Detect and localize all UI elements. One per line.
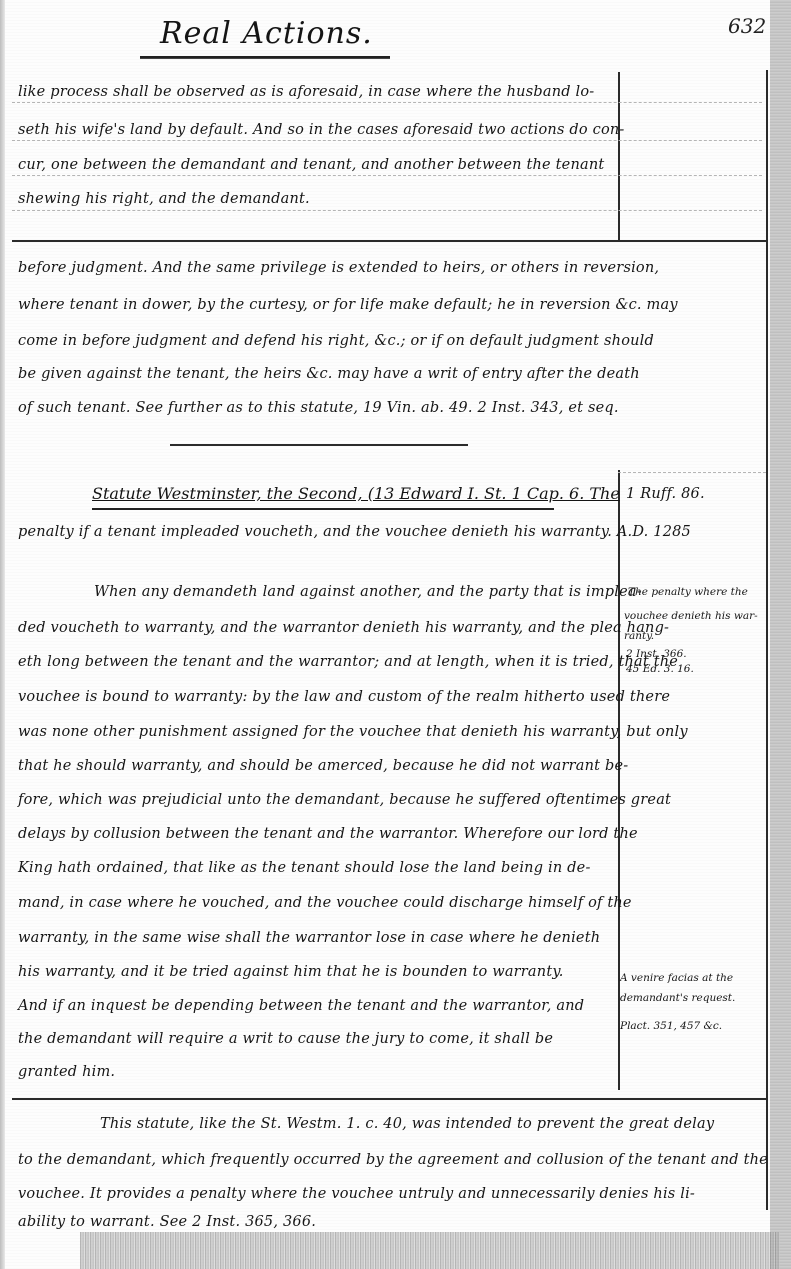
title-underline [140, 56, 390, 59]
section3-bottom-rule [12, 1098, 766, 1100]
statute-body-line-11: warranty, in the same wise shall the war… [18, 930, 600, 946]
section1-margin-rule [618, 72, 620, 240]
section2-line-4: be given against the tenant, the heirs &… [18, 366, 640, 382]
statute-body-line-3: eth long between the tenant and the warr… [18, 654, 678, 670]
section2-line-5: of such tenant. See further as to this s… [18, 400, 619, 416]
page-title: Real Actions. [160, 16, 373, 51]
section1-line-1: like process shall be observed as is afo… [18, 84, 594, 100]
section-divider [170, 444, 468, 446]
commentary-line-2: to the demandant, which frequently occur… [18, 1152, 768, 1168]
commentary-line-3: vouchee. It provides a penalty where the… [18, 1186, 695, 1202]
margin-note2-line-2: demandant's request. [620, 992, 735, 1004]
statute-body-line-10: mand, in case where he vouched, and the … [18, 895, 632, 911]
statute-body-line-8: delays by collusion between the tenant a… [18, 826, 638, 842]
statute-body-line-1: When any demandeth land against another,… [94, 584, 642, 600]
manuscript-page: Real Actions. 632 like process shall be … [0, 0, 791, 1269]
statute-body-line-13: And if an inquest be depending between t… [18, 998, 584, 1014]
statute-body-line-4: vouchee is bound to warranty: by the law… [18, 689, 670, 705]
margin-note1-line-2: vouchee denieth his war- [624, 610, 758, 622]
section2-line-3: come in before judgment and defend his r… [18, 333, 654, 349]
statute-body-line-2: ded voucheth to warranty, and the warran… [18, 620, 669, 636]
section2-line-2: where tenant in dower, by the curtesy, o… [18, 297, 678, 313]
statute-body-line-5: was none other punishment assigned for t… [18, 724, 688, 740]
section1-bottom-rule [12, 240, 766, 242]
statute-body-line-12: his warranty, and it be tried against hi… [18, 964, 564, 980]
page-bottom-scan-noise [80, 1232, 780, 1269]
margin-note2-line-1: A venire facias at the [620, 972, 733, 984]
margin-note1-line-1: The penalty where the [628, 586, 748, 598]
margin-box-top [618, 472, 766, 473]
statute-heading: Statute Westminster, the Second, (13 Edw… [92, 484, 620, 503]
statute-body-line-9: King hath ordained, that like as the ten… [18, 860, 591, 876]
page-left-edge-shadow [0, 0, 5, 1269]
section1-line-2: seth his wife's land by default. And so … [18, 122, 625, 138]
statute-body-line-15: granted him. [18, 1064, 115, 1080]
margin-reference-ruff: 1 Ruff. 86. [626, 486, 705, 502]
ruled-line [12, 210, 762, 211]
page-right-edge-scan-noise [770, 0, 791, 1269]
margin-note1-ref-2: 45 Ed. 3. 16. [626, 663, 694, 675]
statute-body-line-7: fore, which was prejudicial unto the dem… [18, 792, 671, 808]
statute-body-line-6: that he should warranty, and should be a… [18, 758, 628, 774]
statute-heading-continued: penalty if a tenant impleaded voucheth, … [18, 524, 691, 540]
ruled-line [12, 140, 762, 141]
commentary-line-1: This statute, like the St. Westm. 1. c. … [100, 1116, 714, 1132]
statute-heading-underline [92, 508, 554, 510]
margin-note1-line-3: ranty. [624, 630, 654, 642]
right-margin-rule [766, 70, 768, 1210]
ruled-line [12, 102, 762, 103]
section1-line-3: cur, one between the demandant and tenan… [18, 157, 604, 173]
ruled-line [12, 175, 762, 176]
margin-note2-ref: Plact. 351, 457 &c. [620, 1020, 722, 1032]
statute-body-line-14: the demandant will require a writ to cau… [18, 1031, 553, 1047]
section2-line-1: before judgment. And the same privilege … [18, 260, 659, 276]
margin-note1-ref-1: 2 Inst. 366. [626, 648, 687, 660]
section1-line-4: shewing his right, and the demandant. [18, 191, 310, 207]
commentary-line-4: ability to warrant. See 2 Inst. 365, 366… [18, 1214, 316, 1230]
page-number: 632 [728, 14, 766, 38]
